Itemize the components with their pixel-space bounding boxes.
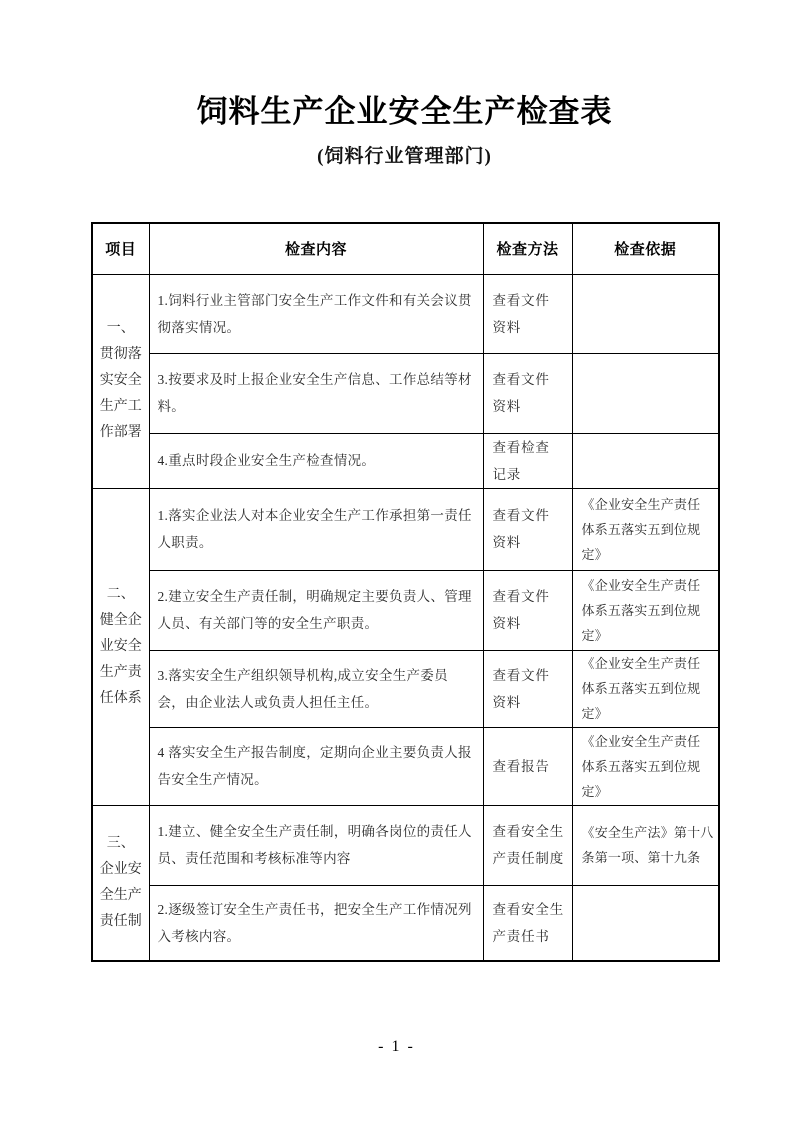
basis-cell [572,885,719,961]
method-cell: 查看安全生 产责任制度 [483,805,572,885]
table-row: 一、 贯彻落 实安全 生产工 作部署 1.饲料行业主管部门安全生产工作文件和有关… [92,274,719,353]
table-row: 4 落实安全生产报告制度，定期向企业主要负责人报告安全生产情况。 查看报告 《企… [92,727,719,805]
content-cell: 4 落实安全生产报告制度，定期向企业主要负责人报告安全生产情况。 [149,727,483,805]
method-cell: 查看文件 资料 [483,650,572,727]
table-header-row: 项目 检查内容 检查方法 检查依据 [92,223,719,274]
content-cell: 1.落实企业法人对本企业安全生产工作承担第一责任人职责。 [149,488,483,570]
basis-cell: 《企业安全生产责任 体系五落实五到位规 定》 [572,727,719,805]
basis-cell [572,353,719,433]
table-row: 2.建立安全生产责任制，明确规定主要负责人、管理人员、有关部门等的安全生产职责。… [92,570,719,650]
content-cell: 1.建立、健全安全生产责任制，明确各岗位的责任人员、责任范围和考核标准等内容 [149,805,483,885]
basis-cell: 《安全生产法》第十八 条第一项、第十九条 [572,805,719,885]
table-row: 二、 健全企 业安全 生产责 任体系 1.落实企业法人对本企业安全生产工作承担第… [92,488,719,570]
method-cell: 查看文件 资料 [483,274,572,353]
content-cell: 2.建立安全生产责任制，明确规定主要负责人、管理人员、有关部门等的安全生产职责。 [149,570,483,650]
col-header-item: 项目 [92,223,149,274]
content-cell: 1.饲料行业主管部门安全生产工作文件和有关会议贯彻落实情况。 [149,274,483,353]
basis-cell [572,433,719,488]
col-header-content: 检查内容 [149,223,483,274]
basis-cell [572,274,719,353]
basis-cell: 《企业安全生产责任 体系五落实五到位规 定》 [572,488,719,570]
section-1-label: 一、 贯彻落 实安全 生产工 作部署 [92,274,149,488]
method-cell: 查看文件 资料 [483,353,572,433]
col-header-method: 检查方法 [483,223,572,274]
method-cell: 查看报告 [483,727,572,805]
method-cell: 查看文件 资料 [483,488,572,570]
table-row: 三、 企业安 全生产 责任制 1.建立、健全安全生产责任制，明确各岗位的责任人员… [92,805,719,885]
basis-cell: 《企业安全生产责任 体系五落实五到位规 定》 [572,650,719,727]
content-cell: 3.按要求及时上报企业安全生产信息、工作总结等材料。 [149,353,483,433]
table-row: 2.逐级签订安全生产责任书，把安全生产工作情况列入考核内容。 查看安全生 产责任… [92,885,719,961]
section-2-label: 二、 健全企 业安全 生产责 任体系 [92,488,149,805]
basis-cell: 《企业安全生产责任 体系五落实五到位规 定》 [572,570,719,650]
table-row: 3.落实安全生产组织领导机构,成立安全生产委员会，由企业法人或负责人担任主任。 … [92,650,719,727]
page-number: - 1 - [0,1038,793,1056]
inspection-table: 项目 检查内容 检查方法 检查依据 一、 贯彻落 实安全 生产工 作部署 1.饲… [91,222,720,962]
page-subtitle: (饲料行业管理部门) [91,144,718,170]
content-cell: 3.落实安全生产组织领导机构,成立安全生产委员会，由企业法人或负责人担任主任。 [149,650,483,727]
method-cell: 查看检查 记录 [483,433,572,488]
section-3-label: 三、 企业安 全生产 责任制 [92,805,149,961]
document-page: 饲料生产企业安全生产检查表 (饲料行业管理部门) 项目 检查内容 检查方法 检查… [0,0,793,1122]
content-cell: 2.逐级签订安全生产责任书，把安全生产工作情况列入考核内容。 [149,885,483,961]
table-row: 3.按要求及时上报企业安全生产信息、工作总结等材料。 查看文件 资料 [92,353,719,433]
method-cell: 查看安全生 产责任书 [483,885,572,961]
method-cell: 查看文件 资料 [483,570,572,650]
col-header-basis: 检查依据 [572,223,719,274]
content-cell: 4.重点时段企业安全生产检查情况。 [149,433,483,488]
page-title: 饲料生产企业安全生产检查表 [91,93,718,131]
table-row: 4.重点时段企业安全生产检查情况。 查看检查 记录 [92,433,719,488]
